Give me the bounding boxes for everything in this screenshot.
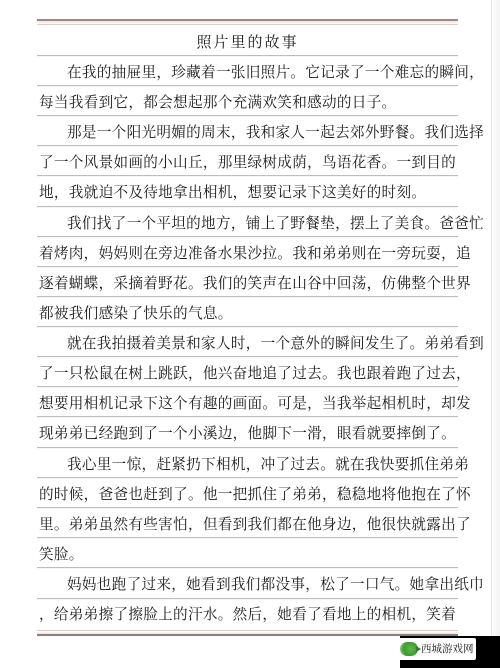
leaf-arrow-logo-icon (400, 642, 418, 656)
text-line: 了一个风景如画的小山丘，那里绿树成荫，鸟语花香。一到目的 (39, 153, 460, 173)
text-line: 现弟弟已经跑到了一个小溪边，他脚下一滑，眼看就要摔倒了。 (39, 424, 460, 444)
top-double-rule (37, 19, 458, 21)
rule-line (37, 175, 458, 176)
page-edge-shadow (491, 0, 500, 668)
rule-line (37, 326, 458, 327)
rule-line (37, 386, 458, 387)
rule-line (37, 507, 458, 508)
text-line: 了一只松鼠在树上跳跃，他兴奋地追了过去。我也跟着跑了过去， (39, 364, 460, 384)
text-line: 的时候，爸爸也赶到了。他一把抓住了弟弟，稳稳地将他抱在了怀 (39, 485, 460, 505)
rule-line (37, 477, 458, 478)
text-line: 每当我看到它，都会想起那个充满欢笑和感动的日子。 (39, 93, 460, 113)
rule-line (37, 206, 458, 207)
rule-line (37, 567, 458, 568)
text-line: 那是一个阳光明媚的周末，我和家人一起去郊外野餐。我们选择 (67, 123, 488, 143)
text-line: 想要用相机记录下这个有趣的画面。可是，当我举起相机时，却发 (39, 394, 460, 414)
rule-line (37, 145, 458, 146)
lined-paper: 照片里的故事 在我的抽屉里，珍藏着一张旧照片。它记录了一个难忘的瞬间， 每当我看… (37, 0, 458, 668)
rule-line (37, 85, 458, 86)
text-line: 逐着蝴蝶，采摘着野花。我们的笑声在山谷中回荡，仿佛整个世界 (39, 274, 460, 294)
watermark-badge: 西城游戏网 (398, 638, 476, 660)
rule-line (37, 55, 458, 56)
text-line: 妈妈也跑了过来，她看到我们都没事，松了一口气。她拿出纸巾 (67, 575, 488, 595)
top-double-rule-inner (37, 24, 458, 25)
bottom-double-rule-inner (37, 630, 458, 631)
rule-line (37, 266, 458, 267)
watermark-text: 西城游戏网 (421, 643, 474, 655)
text-line: 就在我拍摄着美景和家人时，一个意外的瞬间发生了。弟弟看到 (67, 334, 488, 354)
text-line: 我心里一惊，赶紧扔下相机，冲了过去。就在我快要抓住弟弟 (67, 455, 488, 475)
bottom-double-rule (37, 634, 458, 636)
rule-line (37, 356, 458, 357)
rule-line (37, 115, 458, 116)
text-line: 里。弟弟虽然有些害怕，但看到我们都在他身边，他很快就露出了 (39, 515, 460, 535)
rule-line (37, 537, 458, 538)
rule-line (37, 447, 458, 448)
text-line: 我们找了一个平坦的地方，铺上了野餐垫，摆上了美食。爸爸忙 (67, 214, 488, 234)
text-line: 笑脸。 (39, 545, 460, 565)
rule-line (37, 236, 458, 237)
text-line: 在我的抽屉里，珍藏着一张旧照片。它记录了一个难忘的瞬间， (67, 63, 488, 83)
essay-title: 照片里的故事 (37, 32, 458, 52)
rule-line (37, 598, 458, 599)
rule-line (37, 296, 458, 297)
text-line: 着烤肉，妈妈则在旁边准备水果沙拉。我和弟弟则在一旁玩耍，追 (39, 244, 460, 264)
text-line: 地，我就迫不及待地拿出相机，想要记录下这美好的时刻。 (39, 183, 460, 203)
text-line: 都被我们感染了快乐的气息。 (39, 304, 460, 324)
rule-line (37, 416, 458, 417)
text-line: ，给弟弟擦了擦脸上的汗水。然后，她看了看地上的相机，笑着 (39, 605, 460, 625)
